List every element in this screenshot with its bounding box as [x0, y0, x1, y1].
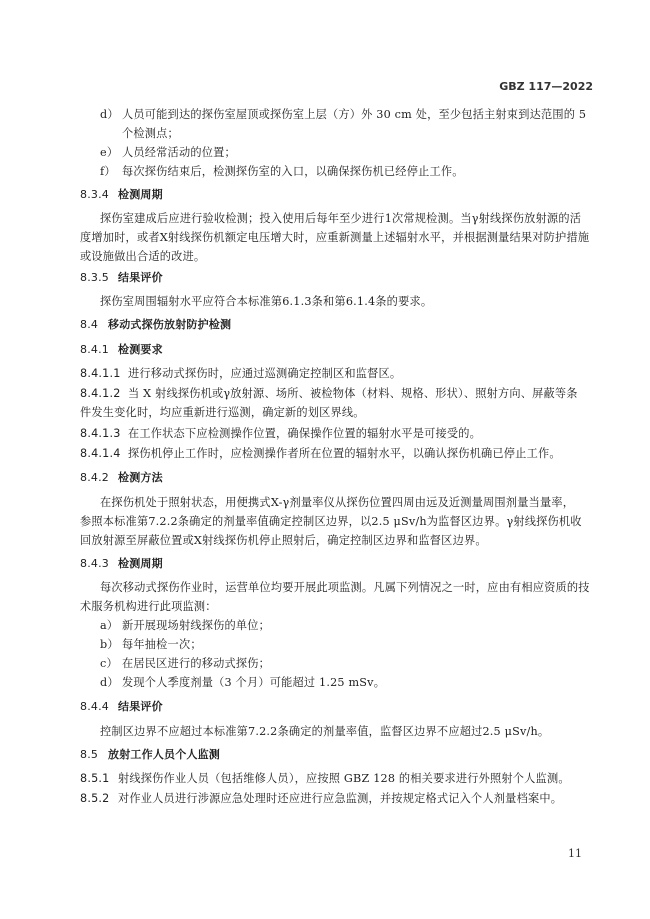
list-text: 人员经常活动的位置；: [122, 146, 236, 159]
section-heading-8-4-3: 8.4.3检测周期: [80, 557, 163, 571]
clause-8-5-1: 8.5.1射线探伤作业人员（包括维修人员），应按照 GBZ 128 的相关要求进…: [80, 772, 570, 786]
list-text: 每次探伤结束后，检测探伤室的入口，以确保探伤机已经停止工作。: [122, 165, 464, 178]
list-item-b: b）每年抽检一次；: [100, 638, 202, 652]
paragraph-line: 每次移动式探伤作业时，运营单位均要开展此项监测。凡属下列情况之一时，应由有相应资…: [100, 581, 590, 595]
paragraph-line: 回放射源至屏蔽位置或X射线探伤机停止照射后，确定控制区边界和监督区边界。: [80, 534, 487, 548]
list-label: e）: [100, 146, 122, 160]
list-item-d: d）发现个人季度剂量（3 个月）可能超过 1.25 mSv。: [100, 676, 385, 690]
section-heading-8-4-1: 8.4.1检测要求: [80, 343, 163, 357]
list-label: f）: [100, 165, 122, 179]
clause-8-5-2: 8.5.2对作业人员进行涉源应急处理时还应进行应急监测，并按规定格式记入个人剂量…: [80, 792, 562, 806]
page-number: 11: [568, 847, 582, 860]
list-item-d: d）人员可能到达的探伤室屋顶或探伤室上层（方）外 30 cm 处，至少包括主射束…: [100, 108, 586, 122]
section-heading-8-3-4: 8.3.4检测周期: [80, 188, 163, 202]
clause-8-4-1-2-continuation: 件发生变化时，均应重新进行巡测，确定新的划区界线。: [80, 406, 365, 420]
section-heading-8-5: 8.5放射工作人员个人监测: [80, 748, 220, 762]
clause-8-4-1-4: 8.4.1.4探伤机停止工作时，应检测操作者所在位置的辐射水平，以确认探伤机确已…: [80, 447, 561, 461]
list-item-c: c）在居民区进行的移动式探伤；: [100, 657, 270, 671]
paragraph-line: 控制区边界不应超过本标准第7.2.2条确定的剂量率值，监督区边界不应超过2.5 …: [100, 725, 549, 739]
list-label: d）: [100, 108, 122, 122]
list-item-d-continuation: 个检测点；: [122, 127, 179, 141]
list-item-f: f）每次探伤结束后，检测探伤室的入口，以确保探伤机已经停止工作。: [100, 165, 464, 179]
section-heading-8-3-5: 8.3.5结果评价: [80, 271, 163, 285]
paragraph-line: 探伤室建成后应进行验收检测；投入使用后每年至少进行1次常规检测。当γ射线探伤放射…: [100, 212, 581, 226]
list-item-e: e）人员经常活动的位置；: [100, 146, 236, 160]
clause-8-4-1-2: 8.4.1.2当 X 射线探伤机或γ放射源、场所、被检物体（材料、规格、形状）、…: [80, 387, 578, 401]
section-heading-8-4: 8.4移动式探伤放射防护检测: [80, 318, 231, 332]
document-code-header: GBZ 117—2022: [499, 80, 593, 93]
paragraph-line: 参照本标准第7.2.2条确定的剂量率值确定控制区边界，以2.5 μSv/h为监督…: [80, 515, 582, 529]
section-heading-8-4-4: 8.4.4结果评价: [80, 700, 163, 714]
paragraph-line: 探伤室周围辐射水平应符合本标准第6.1.3条和第6.1.4条的要求。: [100, 295, 432, 309]
clause-8-4-1-1: 8.4.1.1进行移动式探伤时，应通过巡测确定控制区和监督区。: [80, 367, 401, 381]
paragraph-line: 术服务机构进行此项监测：: [80, 600, 217, 614]
section-heading-8-4-2: 8.4.2检测方法: [80, 471, 163, 485]
list-item-a: a）新开展现场射线探伤的单位；: [100, 619, 270, 633]
clause-8-4-1-3: 8.4.1.3在工作状态下应检测操作位置，确保操作位置的辐射水平是可接受的。: [80, 427, 481, 441]
paragraph-line: 度增加时，或者X射线探伤机额定电压增大时，应重新测量上述辐射水平，并根据测量结果…: [80, 231, 589, 245]
paragraph-line: 或设施做出合适的改进。: [80, 250, 205, 264]
list-text: 人员可能到达的探伤室屋顶或探伤室上层（方）外 30 cm 处，至少包括主射束到达…: [122, 108, 586, 121]
paragraph-line: 在探伤机处于照射状态，用便携式X-γ剂量率仪从探伤位置四周由远及近测量周围剂量当…: [100, 496, 574, 510]
